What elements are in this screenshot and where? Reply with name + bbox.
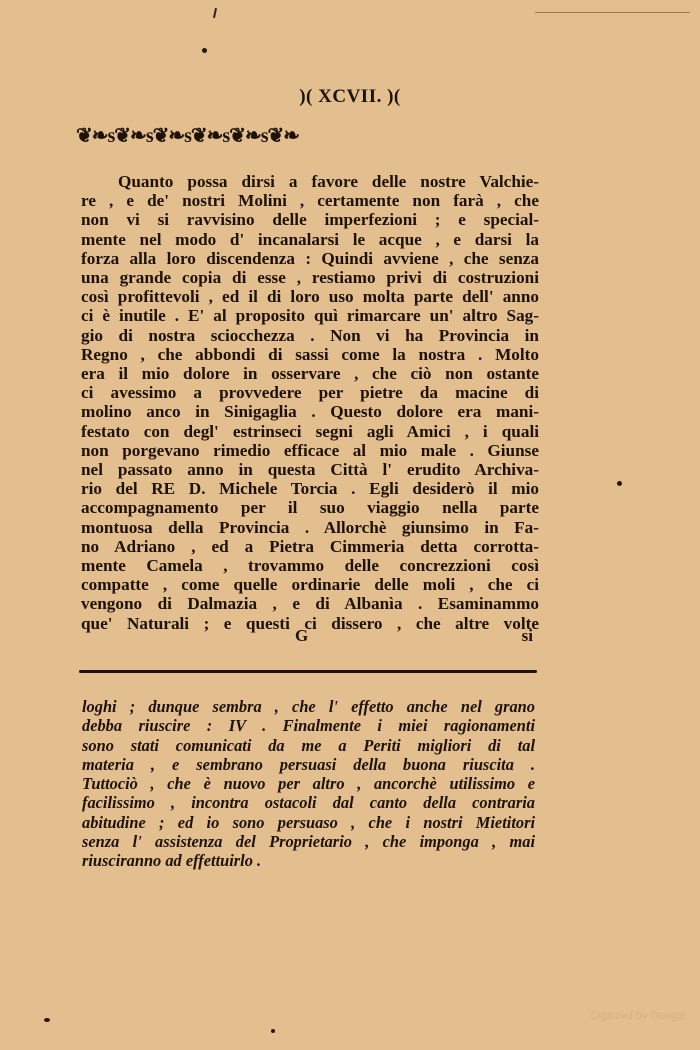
signature-row: G si: [81, 626, 539, 646]
text-line: ci è inutile . E' al proposito quì rimar…: [81, 306, 539, 325]
text-line: re , e de' nostri Molini , certamente no…: [81, 191, 539, 210]
text-line: era il mio dolore in osservare , che ciò…: [81, 364, 539, 383]
footnote-line: facilissimo , incontra ostacoli dal cant…: [82, 793, 535, 812]
ink-speck: [617, 481, 622, 486]
text-line: non vi si ravvisino delle imperfezioni ;…: [81, 210, 539, 229]
footnote-line: riusciranno ad effettuirlo .: [82, 851, 535, 870]
footnote-line: loghi ; dunque sembra , che l' effetto a…: [82, 697, 535, 716]
bleed-through-rule: [535, 12, 690, 13]
text-line: compatte , come quelle ordinarie delle m…: [81, 575, 539, 594]
text-line: rio del RE D. Michele Torcia . Egli desi…: [81, 479, 539, 498]
text-line: vengono di Dalmazia , e di Albanìa . Esa…: [81, 594, 539, 613]
footnote-line: Tuttociò , che è nuovo per altro , ancor…: [82, 774, 535, 793]
footnote-line: sono stati comunicati da me a Periti mig…: [82, 736, 535, 755]
page-header: )( XCVII. )(: [0, 86, 700, 108]
text-line: no Adriano , ed a Pietra Cimmeria detta …: [81, 537, 539, 556]
ink-speck: [202, 48, 207, 53]
footnote-line: debba riuscire : IV . Finalmente i miei …: [82, 716, 535, 735]
text-line: accompagnamento per il suo viaggio nella…: [81, 498, 539, 517]
text-line: festato con degl' estrinseci segni agli …: [81, 422, 539, 441]
text-line: Regno , che abbondi di sassi come la nos…: [81, 345, 539, 364]
text-line: mente nel modo d' incanalarsi le acque ,…: [81, 230, 539, 249]
signature-mark: G: [295, 626, 308, 646]
text-line: così profittevoli , ed il di loro uso mo…: [81, 287, 539, 306]
ink-speck: [271, 1029, 275, 1033]
footnote-divider: [79, 670, 537, 673]
text-line: montuosa della Provincia . Allorchè giun…: [81, 518, 539, 537]
text-line: mente Camela , trovammo delle concrezzio…: [81, 556, 539, 575]
footnote-line: materia , e sembrano persuasi della buon…: [82, 755, 535, 774]
text-line: non porgevano rimedio efficace al mio ma…: [81, 441, 539, 460]
ink-speck: [44, 1018, 50, 1022]
text-line: forza alla loro discendenza : Quindi avv…: [81, 249, 539, 268]
text-line: ci avessimo a provvedere per pietre da m…: [81, 383, 539, 402]
footnote-line: senza l' assistenza del Proprietario , c…: [82, 832, 535, 851]
text-line: molino anco in Sinigaglia . Questo dolor…: [81, 402, 539, 421]
main-text: Quanto possa dirsi a favore delle nostre…: [81, 172, 539, 633]
catchword: si: [522, 626, 533, 646]
footnote-line: abitudine ; ed io sono persuaso , che i …: [82, 813, 535, 832]
text-line: gio di nostra sciocchezza . Non vi ha Pr…: [81, 326, 539, 345]
text-line: Quanto possa dirsi a favore delle nostre…: [81, 172, 539, 191]
text-line: una grande copia di esse , restiamo priv…: [81, 268, 539, 287]
text-line: nel passato anno in questa Città l' erud…: [81, 460, 539, 479]
ink-mark: [213, 8, 217, 18]
digitization-watermark: Digitized by Google: [591, 1010, 686, 1022]
footnote-text: loghi ; dunque sembra , che l' effetto a…: [82, 697, 535, 871]
decorative-ornament-band: ❦❧s❦❧s❦❧s❦❧s❦❧s❦❧: [76, 124, 538, 148]
book-page: )( XCVII. )( ❦❧s❦❧s❦❧s❦❧s❦❧s❦❧ Quanto po…: [0, 0, 700, 1050]
